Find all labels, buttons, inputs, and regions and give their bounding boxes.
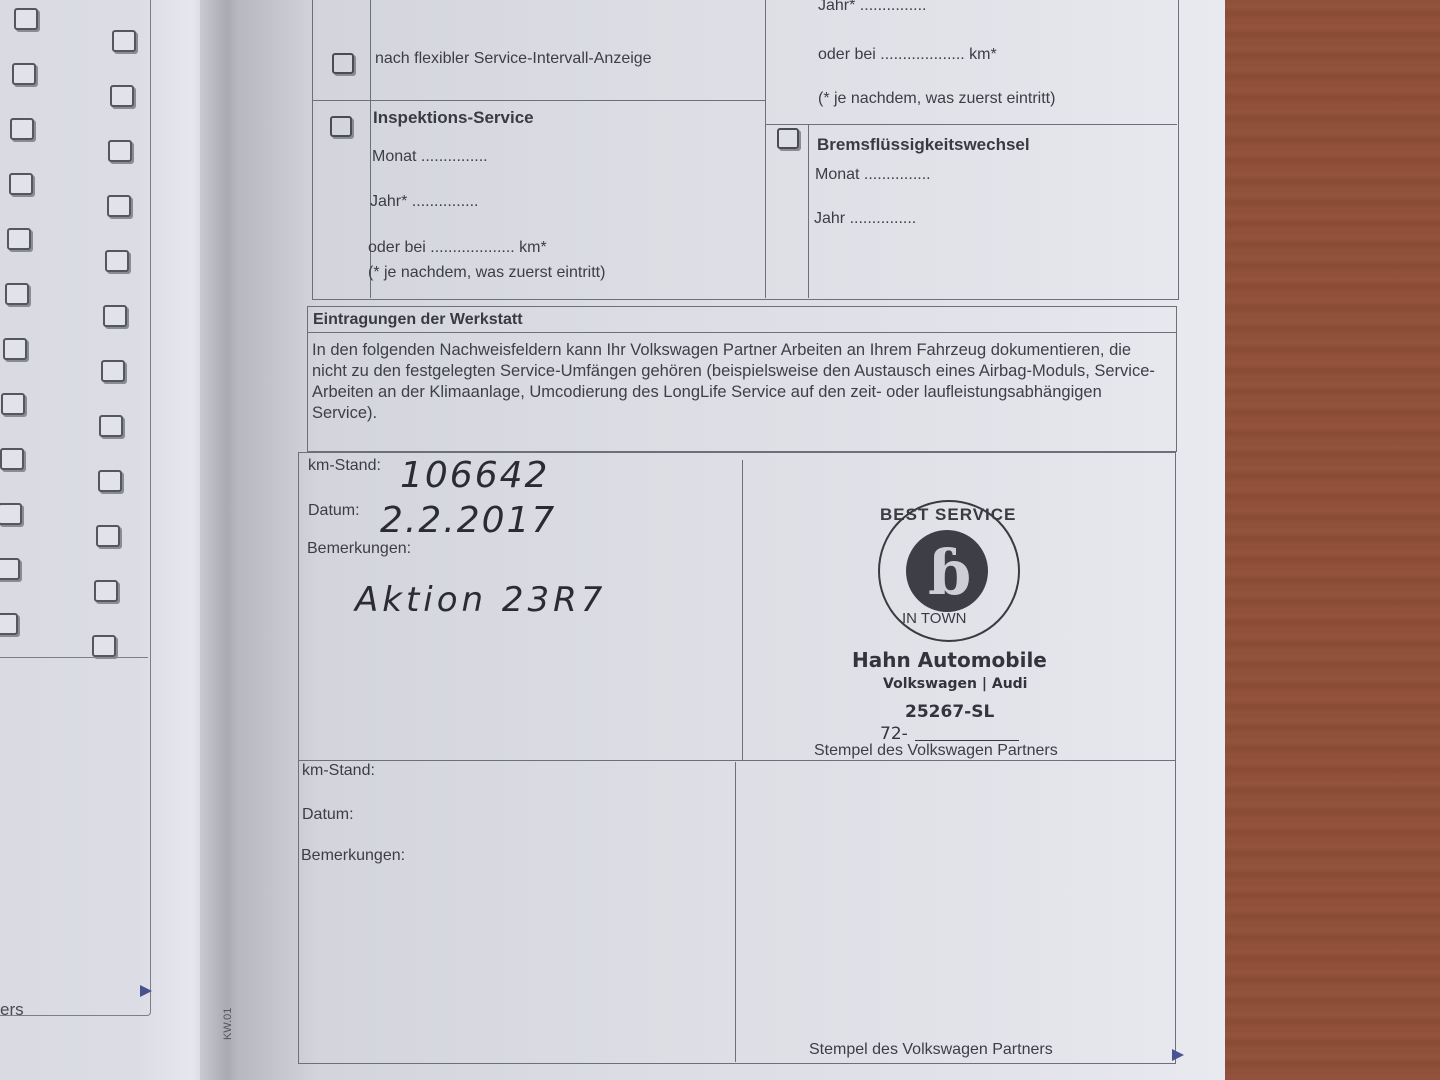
brake-fluid-title: Bremsflüssigkeitswechsel	[817, 135, 1030, 155]
flex-interval-label: nach flexibler Service-Intervall-Anzeige	[375, 50, 652, 68]
left-page: ers	[0, 0, 225, 1080]
table-row-divider	[765, 124, 1177, 125]
inspection-year-field[interactable]: Jahr* ...............	[370, 193, 478, 211]
dealer-code: 25267-SL	[905, 702, 994, 722]
book-gutter	[200, 0, 245, 1080]
entry1-remarks-label: Bemerkungen:	[307, 540, 411, 558]
dealer-name: Hahn Automobile	[852, 648, 1047, 672]
rooster-icon: ɓ	[928, 536, 971, 609]
entry1-date-label: Datum:	[308, 502, 360, 520]
stamp-ring-bottom-text: IN TOWN	[902, 610, 966, 627]
workshop-description: In den folgenden Nachweisfeldern kann Ih…	[312, 340, 1162, 424]
workshop-heading: Eintragungen der Werkstatt	[313, 311, 523, 329]
workshop-header-divider	[307, 332, 1177, 333]
table-row-divider	[312, 100, 765, 101]
left-page-checkbox[interactable]	[14, 8, 38, 30]
entry-col-divider	[735, 762, 736, 1062]
entry-col-divider	[742, 460, 743, 760]
left-page-checkbox[interactable]	[92, 635, 116, 657]
inspection-service-checkbox[interactable]	[330, 116, 352, 137]
left-page-checkbox[interactable]	[96, 525, 120, 547]
left-page-checkbox[interactable]	[3, 338, 27, 360]
left-page-trailing-text: ers	[0, 1000, 24, 1020]
inspection-month-field[interactable]: Monat ...............	[372, 148, 488, 166]
left-page-checkbox[interactable]	[110, 85, 134, 107]
stamp-ring-top-text: BEST SERVICE	[880, 505, 1016, 525]
inspection-service-title: Inspektions-Service	[373, 108, 534, 128]
left-page-checkbox[interactable]	[0, 448, 24, 470]
left-page-divider	[0, 657, 148, 658]
left-page-checkbox[interactable]	[5, 283, 29, 305]
left-page-checkbox[interactable]	[0, 613, 18, 635]
entry1-remarks-value[interactable]: Aktion 23R7	[355, 580, 606, 620]
table-col-divider	[808, 124, 809, 298]
left-page-checkbox[interactable]	[94, 580, 118, 602]
inspection-note: (* je nachdem, was zuerst eintritt)	[368, 264, 605, 282]
left-page-checkbox[interactable]	[1, 393, 25, 415]
continue-arrow-icon	[140, 985, 152, 997]
left-page-checkbox[interactable]	[105, 250, 129, 272]
page-code: KW.01	[222, 1008, 234, 1040]
flex-interval-checkbox[interactable]	[332, 53, 354, 74]
entry1-date-value[interactable]: 2.2.2017	[380, 500, 556, 541]
left-page-checkbox[interactable]	[0, 503, 22, 525]
left-page-checkbox[interactable]	[112, 30, 136, 52]
left-page-checkbox[interactable]	[0, 558, 20, 580]
brake-fluid-checkbox[interactable]	[777, 128, 799, 149]
brake-fluid-year-field[interactable]: Jahr ...............	[814, 210, 916, 228]
dealer-brands: Volkswagen | Audi	[883, 676, 1027, 692]
wooden-table-background	[1225, 0, 1440, 1080]
dealer-code-prefix: 72-	[880, 724, 908, 744]
left-page-checkbox[interactable]	[98, 470, 122, 492]
km-field[interactable]: oder bei ................... km*	[818, 46, 997, 64]
continue-arrow-icon	[1172, 1049, 1184, 1061]
entry1-km-value[interactable]: 106642	[400, 455, 549, 496]
entry1-stamp-label: Stempel des Volkswagen Partners	[814, 742, 1058, 760]
entry2-date-label: Datum:	[302, 806, 354, 824]
whichever-first-note: (* je nachdem, was zuerst eintritt)	[818, 90, 1055, 108]
brake-fluid-month-field[interactable]: Monat ...............	[815, 166, 931, 184]
year-field[interactable]: Jahr* ...............	[818, 0, 926, 15]
left-page-checkbox[interactable]	[10, 118, 34, 140]
left-page-checkbox[interactable]	[108, 140, 132, 162]
left-page-checkbox[interactable]	[107, 195, 131, 217]
left-page-checkbox[interactable]	[9, 173, 33, 195]
entry2-stamp-label: Stempel des Volkswagen Partners	[809, 1041, 1053, 1059]
left-page-checkbox[interactable]	[103, 305, 127, 327]
entry2-km-label: km-Stand:	[302, 762, 375, 780]
table-col-divider	[765, 0, 766, 298]
stamp-underline	[915, 740, 1019, 741]
left-page-checkbox[interactable]	[12, 63, 36, 85]
entry1-km-label: km-Stand:	[308, 457, 381, 475]
entry-row-divider	[298, 760, 1175, 761]
left-page-checkbox[interactable]	[99, 415, 123, 437]
left-page-checkbox[interactable]	[7, 228, 31, 250]
entry2-remarks-label: Bemerkungen:	[301, 847, 405, 865]
inspection-km-field[interactable]: oder bei ................... km*	[368, 239, 547, 257]
left-page-checkbox[interactable]	[101, 360, 125, 382]
